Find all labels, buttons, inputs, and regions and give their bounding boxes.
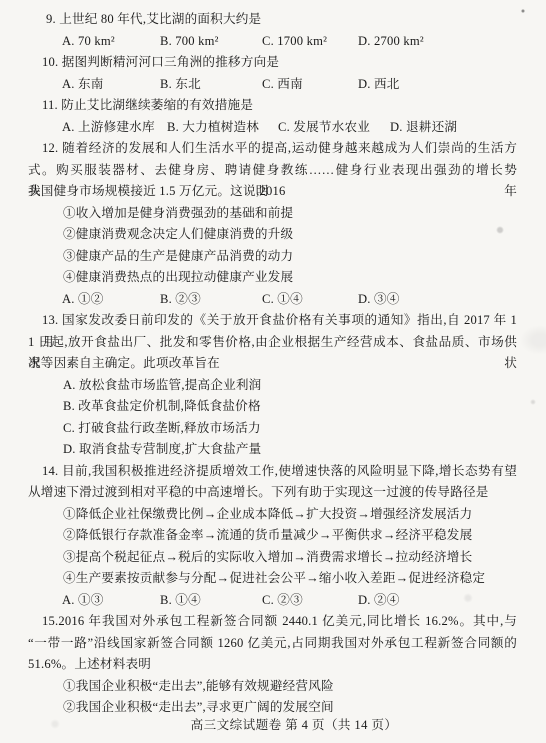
option-line: C. 打破食盐行政垄断,释放市场活力 (28, 418, 517, 440)
question-stem-line: 12. 随着经济的发展和人们生活水平的提高,运动健身越来越成为人们崇尚的生活方 (28, 138, 517, 160)
sub-item-line: ③健康产品的生产是健康产品消费的动力 (28, 246, 517, 268)
option-cell: A. ①③ (62, 590, 160, 612)
option-cell: C. 1700 km² (262, 31, 358, 53)
sub-item-line: ④健康消费热点的出现拉动健康产业发展 (28, 267, 517, 289)
option-cell: C. 西南 (262, 74, 358, 96)
option-cell: C. ②③ (262, 590, 358, 612)
sub-item-line: ②降低银行存款准备金率→流通的货币量减少→平衡供求→经济平稳发展 (28, 525, 517, 547)
option-cell: D. 西北 (358, 74, 517, 96)
question-stem-line: 51.6%。上述材料表明 (28, 654, 517, 676)
sub-item-line: ①降低企业社保缴费比例→企业成本降低→扩大投资→增强经济发展活力 (28, 504, 517, 526)
option-cell: B. 大力植树造林 (167, 117, 278, 139)
option-cell: A. 上游修建水库 (62, 117, 167, 139)
sub-item-line: ①收入增加是健身消费强劲的基础和前提 (28, 203, 517, 225)
question-stem-line: 11. 防止艾比湖继续萎缩的有效措施是 (28, 95, 517, 117)
sub-item-line: ④生产要素按贡献参与分配→促进社会公平→缩小收入差距→促进经济稳定 (28, 568, 517, 590)
options-row: A. ①②B. ②③C. ①④D. ③④ (62, 289, 517, 311)
exam-paper-page: 9. 上世纪 80 年代,艾比湖的面积大约是A. 70 km²B. 700 km… (0, 0, 546, 743)
question-stem-line: “一带一路”沿线国家新签合同额 1260 亿美元,占同期我国对外承包工程新签合同… (28, 633, 517, 655)
option-cell: D. ③④ (358, 289, 517, 311)
sub-item-line: ①我国企业积极“走出去”,能够有效规避经营风险 (28, 676, 517, 698)
question-stem-line: 1 日起,放开食盐出厂、批发和零售价格,由企业根据生产经营成本、食盐品质、市场供… (28, 332, 517, 354)
question-stem-line: 9. 上世纪 80 年代,艾比湖的面积大约是 (28, 9, 517, 31)
option-cell: C. ①④ (262, 289, 358, 311)
option-cell: A. 东南 (62, 74, 160, 96)
sub-item-line: ②健康消费观念决定人们健康消费的升级 (28, 224, 517, 246)
page-footer: 高三文综试题卷 第 4 页（共 14 页） (21, 715, 546, 736)
option-cell: B. 东北 (160, 74, 262, 96)
sub-item-line: ③提高个税起征点→税后的实际收入增加→消费需求增长→拉动经济增长 (28, 547, 517, 569)
question-stem-line: 15.2016 年我国对外承包工程新签合同额 2440.1 亿美元,同比增长 1… (28, 611, 517, 633)
option-line: A. 放松食盐市场监管,提高企业利润 (28, 375, 517, 397)
option-cell: D. ②④ (358, 590, 517, 612)
option-line: D. 取消食盐专营制度,扩大食盐产量 (28, 439, 517, 461)
option-cell: C. 发展节水农业 (278, 117, 390, 139)
option-line: B. 改革食盐定价机制,降低食盐价格 (28, 396, 517, 418)
options-row: A. ①③B. ①④C. ②③D. ②④ (62, 590, 517, 612)
option-cell: D. 2700 km² (358, 31, 517, 53)
option-cell: D. 退耕还湖 (390, 117, 517, 139)
options-row: A. 70 km²B. 700 km²C. 1700 km²D. 2700 km… (62, 31, 517, 53)
options-row: A. 上游修建水库B. 大力植树造林C. 发展节水农业D. 退耕还湖 (62, 117, 517, 139)
option-cell: B. ①④ (160, 590, 262, 612)
question-stem-line: 13. 国家发改委日前印发的《关于放开食盐价格有关事项的通知》指出,自 2017… (28, 310, 517, 332)
exam-body: 9. 上世纪 80 年代,艾比湖的面积大约是A. 70 km²B. 700 km… (28, 9, 517, 719)
option-cell: B. ②③ (160, 289, 262, 311)
question-stem-line: 10. 据图判断精河河口三角洲的推移方向是 (28, 52, 517, 74)
question-stem-line: 从增速下滑过渡到相对平稳的中高速增长。下列有助于实现这一过渡的传导路径是 (28, 482, 517, 504)
option-cell: A. 70 km² (62, 31, 160, 53)
option-cell: A. ①② (62, 289, 160, 311)
options-row: A. 东南B. 东北C. 西南D. 西北 (62, 74, 517, 96)
question-stem-line: 14. 目前,我国积极推进经济提质增效工作,使增速快落的风险明显下降,增长态势有… (28, 461, 517, 483)
question-stem-line: 式。购买服装器材、去健身房、聘请健身教练……健身行业表现出强劲的增长势头,201… (28, 160, 517, 182)
option-cell: B. 700 km² (160, 31, 262, 53)
